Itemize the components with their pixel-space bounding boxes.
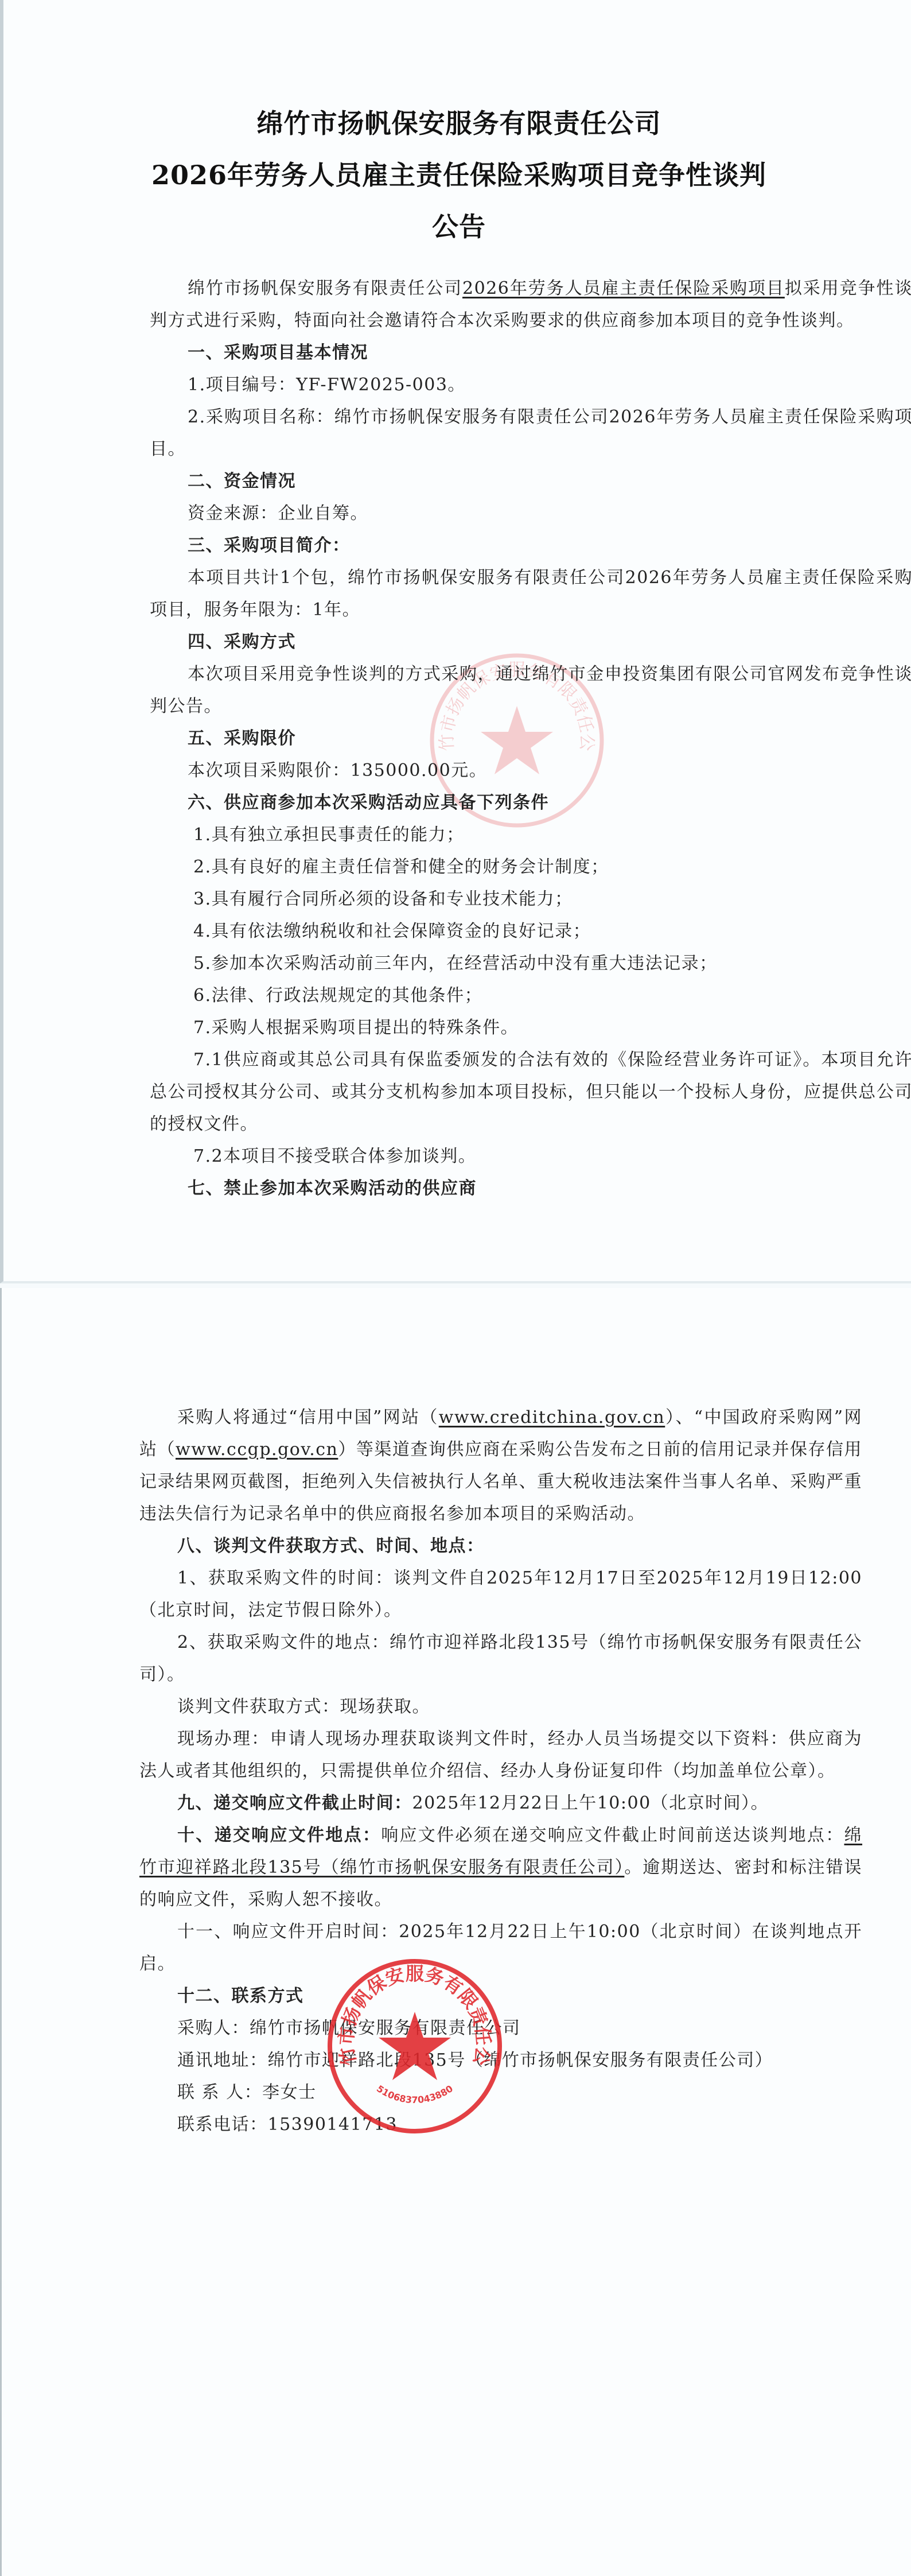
condition-item: 3.具有履行合同所必须的设备和专业技术能力； xyxy=(150,883,911,915)
section-12-heading: 十二、联系方式 xyxy=(139,1980,862,2012)
intro-paragraph: 绵竹市扬帆保安服务有限责任公司2026年劳务人员雇主责任保险采购项目拟采用竞争性… xyxy=(150,273,911,337)
section-1-heading: 一、采购项目基本情况 xyxy=(150,337,911,369)
document-title: 绵竹市扬帆保安服务有限责任公司 2026年劳务人员雇主责任保险采购项目竞争性谈判… xyxy=(3,98,911,253)
section-11-opening: 十一、响应文件开启时间：2025年12月22日上午10:00（北京时间）在谈判地… xyxy=(139,1916,862,1980)
contact-person: 联 系 人：李女士 xyxy=(139,2077,862,2109)
project-name: 2.采购项目名称：绵竹市扬帆保安服务有限责任公司2026年劳务人员雇主责任保险采… xyxy=(150,401,911,465)
procurement-method: 本次项目采用竞争性谈判的方式采购，通过绵竹市金申投资集团有限公司官网发布竞争性谈… xyxy=(150,658,911,723)
condition-7-1: 7.1供应商或其总公司具有保监委颁发的合法有效的《保险经营业务许可证》。本项目允… xyxy=(150,1044,911,1140)
section-7-heading: 七、禁止参加本次采购活动的供应商 xyxy=(150,1173,911,1205)
section-8-heading: 八、谈判文件获取方式、时间、地点： xyxy=(139,1530,862,1562)
project-summary: 本项目共计1个包，绵竹市扬帆保安服务有限责任公司2026年劳务人员雇主责任保险采… xyxy=(150,562,911,626)
section-6-heading: 六、供应商参加本次采购活动应具备下列条件 xyxy=(150,787,911,819)
document-location: 2、获取采购文件的地点：绵竹市迎祥路北段135号（绵竹市扬帆保安服务有限责任公司… xyxy=(139,1627,862,1691)
title-announcement: 公告 xyxy=(3,201,911,253)
contact-address: 通讯地址：绵竹市迎祥路北段135号（绵竹市扬帆保安服务有限责任公司） xyxy=(139,2044,862,2077)
condition-item: 1.具有独立承担民事责任的能力； xyxy=(150,819,911,851)
section-5-heading: 五、采购限价 xyxy=(150,723,911,755)
project-name-underlined: 2026年劳务人员雇主责任保险采购项目 xyxy=(462,278,785,298)
condition-item: 5.参加本次采购活动前三年内，在经营活动中没有重大违法记录； xyxy=(150,948,911,980)
condition-item: 4.具有依法缴纳税收和社会保障资金的良好记录； xyxy=(150,915,911,948)
funding-source: 资金来源：企业自筹。 xyxy=(150,498,911,530)
document-time: 1、获取采购文件的时间：谈判文件自2025年12月17日至2025年12月19日… xyxy=(139,1562,862,1627)
page1-body: 绵竹市扬帆保安服务有限责任公司2026年劳务人员雇主责任保险采购项目拟采用竞争性… xyxy=(150,273,911,1205)
contact-phone: 联系电话：15390141713 xyxy=(139,2109,862,2141)
ccgp-link[interactable]: www.ccgp.gov.cn xyxy=(176,1440,338,1460)
section-9-deadline: 九、递交响应文件截止时间：2025年12月22日上午10:00（北京时间）。 xyxy=(139,1787,862,1820)
creditchina-link[interactable]: www.creditchina.gov.cn xyxy=(439,1407,665,1427)
section-2-heading: 二、资金情况 xyxy=(150,465,911,498)
condition-item: 6.法律、行政法规规定的其他条件； xyxy=(150,980,911,1012)
project-number: 1.项目编号：YF-FW2025-003。 xyxy=(150,369,911,401)
price-limit: 本次项目采购限价：135000.00元。 xyxy=(150,755,911,787)
credit-check-paragraph: 采购人将通过“信用中国”网站（www.creditchina.gov.cn）、“… xyxy=(139,1402,862,1530)
section-10-location: 十、递交响应文件地点：响应文件必须在递交响应文件截止时间前送达谈判地点：绵竹市迎… xyxy=(139,1820,862,1916)
section-4-heading: 四、采购方式 xyxy=(150,626,911,658)
title-company: 绵竹市扬帆保安服务有限责任公司 xyxy=(3,98,911,149)
condition-item: 7.采购人根据采购项目提出的特殊条件。 xyxy=(150,1012,911,1044)
page2-body: 采购人将通过“信用中国”网站（www.creditchina.gov.cn）、“… xyxy=(139,1402,862,2141)
onsite-procedure: 现场办理：申请人现场办理获取谈判文件时，经办人员当场提交以下资料：供应商为法人或… xyxy=(139,1723,862,1787)
section-3-heading: 三、采购项目简介： xyxy=(150,530,911,562)
condition-item: 2.具有良好的雇主责任信誉和健全的财务会计制度； xyxy=(150,851,911,883)
contact-purchaser: 采购人：绵竹市扬帆保安服务有限责任公司 xyxy=(139,2012,862,2044)
condition-7-2: 7.2本项目不接受联合体参加谈判。 xyxy=(150,1140,911,1173)
document-page-1: 绵竹市扬帆保安服务有限责任公司 2026年劳务人员雇主责任保险采购项目竞争性谈判… xyxy=(0,0,911,1283)
document-method: 谈判文件获取方式：现场获取。 xyxy=(139,1691,862,1723)
title-project: 2026年劳务人员雇主责任保险采购项目竞争性谈判 xyxy=(3,149,911,201)
